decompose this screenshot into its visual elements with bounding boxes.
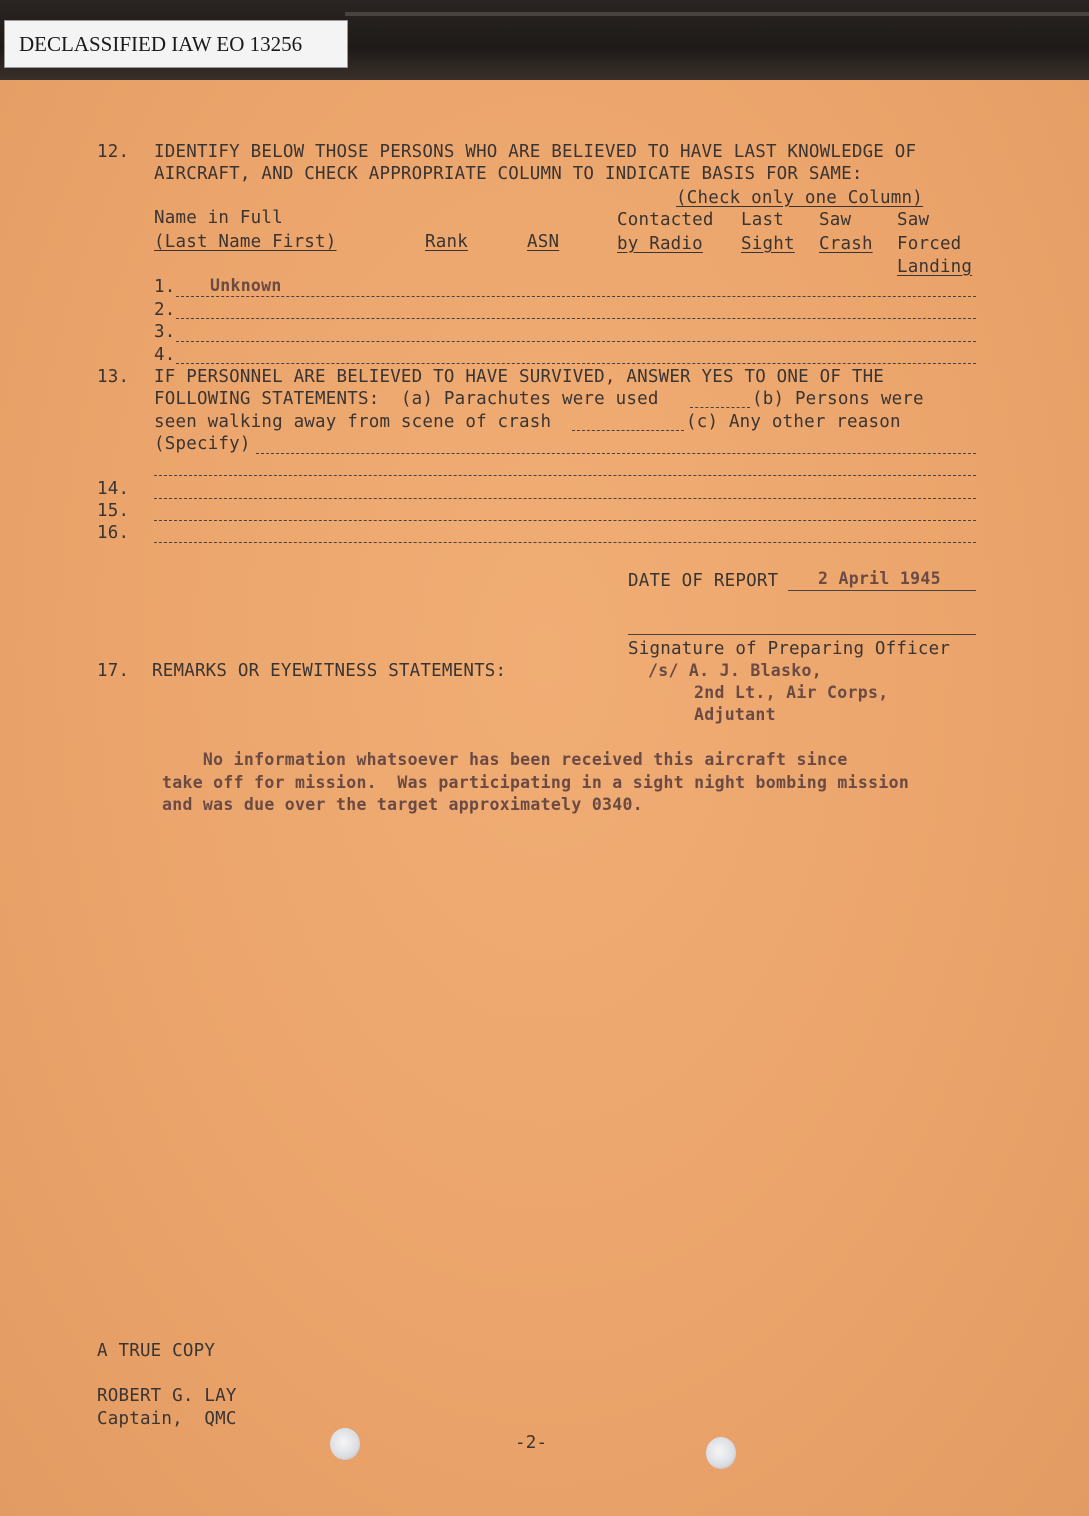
col-contacted-2: by Radio [617, 233, 703, 255]
remarks-line-1: No information whatsoever has been recei… [162, 749, 848, 771]
item13-line4: (Specify) [154, 433, 251, 455]
true-copy: A TRUE COPY [97, 1340, 215, 1362]
punch-hole-left [330, 1428, 360, 1460]
item13-line2b: (b) Persons were [752, 388, 924, 410]
item13-line2a: FOLLOWING STATEMENTS: (a) Parachutes wer… [154, 388, 659, 410]
col-asn: ASN [527, 231, 559, 253]
date-line [788, 590, 976, 591]
item16-line[interactable] [154, 542, 976, 543]
item12-line1: IDENTIFY BELOW THOSE PERSONS WHO ARE BEL… [154, 141, 916, 163]
col-contacted-1: Contacted [617, 209, 714, 231]
remarks-line-2: take off for mission. Was participating … [162, 772, 909, 794]
walking-blank[interactable] [572, 430, 684, 431]
certifier-title: Captain, QMC [97, 1408, 237, 1430]
specify-blank[interactable] [256, 453, 976, 454]
certifier-name: ROBERT G. LAY [97, 1385, 237, 1407]
col-last-2: Sight [741, 233, 795, 255]
item13-line3a: seen walking away from scene of crash [154, 411, 551, 433]
row4-num: 4. [154, 344, 175, 366]
signature-label: Signature of Preparing Officer [628, 638, 950, 660]
item12-line2: AIRCRAFT, AND CHECK APPROPRIATE COLUMN T… [154, 163, 863, 185]
row1-num: 1. [154, 276, 175, 298]
row2-line [176, 318, 976, 319]
col-rank: Rank [425, 231, 468, 253]
item12-number: 12. [97, 141, 129, 163]
col-name-1: Name in Full [154, 207, 283, 229]
item17-number: 17. [97, 660, 129, 682]
row2-num: 2. [154, 299, 175, 321]
row3-num: 3. [154, 321, 175, 343]
row1-name: Unknown [210, 275, 282, 297]
row3-line [176, 341, 976, 342]
declassified-stamp: DECLASSIFIED IAW EO 13256 [4, 20, 348, 68]
col-saw-crash-2: Crash [819, 233, 873, 255]
item16-number: 16. [97, 522, 129, 544]
parachutes-blank[interactable] [690, 407, 750, 408]
col-saw-forced-2: Forced [897, 233, 961, 255]
extra-line [154, 475, 976, 476]
item13-line1: IF PERSONNEL ARE BELIEVED TO HAVE SURVIV… [154, 366, 884, 388]
row4-line [176, 363, 976, 364]
item13-number: 13. [97, 366, 129, 388]
signer-title: Adjutant [694, 704, 776, 726]
signature-line [628, 634, 976, 635]
item14-line[interactable] [154, 498, 976, 499]
signed-name: /s/ A. J. Blasko, [648, 660, 822, 682]
col-saw-forced-1: Saw [897, 209, 929, 231]
item15-number: 15. [97, 500, 129, 522]
col-last-1: Last [741, 209, 784, 231]
col-name-2: (Last Name First) [154, 231, 337, 253]
date-value: 2 April 1945 [818, 568, 941, 590]
date-label: DATE OF REPORT [628, 570, 778, 592]
item13-line3b: (c) Any other reason [686, 411, 901, 433]
col-saw-crash-1: Saw [819, 209, 851, 231]
row1-line [176, 296, 976, 297]
punch-hole-right [706, 1437, 736, 1469]
col-saw-forced-3: Landing [897, 256, 972, 278]
item15-line[interactable] [154, 520, 976, 521]
page-number: -2- [515, 1432, 547, 1454]
binder-strip [345, 12, 1089, 16]
item17-label: REMARKS OR EYEWITNESS STATEMENTS: [152, 660, 506, 682]
item14-number: 14. [97, 478, 129, 500]
check-note: (Check only one Column) [676, 187, 923, 209]
remarks-line-3: and was due over the target approximatel… [162, 794, 643, 816]
signer-rank: 2nd Lt., Air Corps, [694, 682, 888, 704]
